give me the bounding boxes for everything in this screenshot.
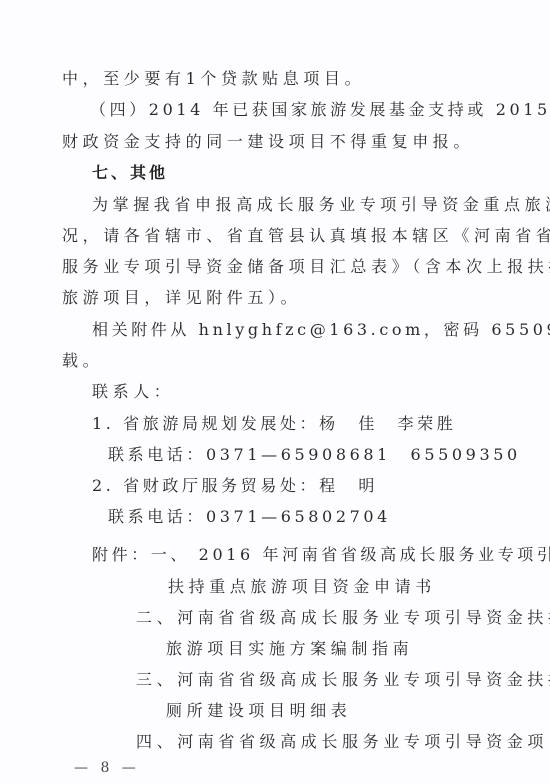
contact-1-phone: 联系电话：0371—65908681 65509350 xyxy=(108,445,521,465)
attachment-4-line-1: 四、河南省省级高成长服务业专项引导资金项目绩效 xyxy=(136,732,550,752)
paragraph-line: （四）2014 年已获国家旅游发展基金支持或 2015 年已获省 xyxy=(90,100,550,120)
attachment-1-line-2: 扶持重点旅游项目资金申请书 xyxy=(168,577,436,597)
paragraph-line: 况，请各省辖市、省直管县认真填报本辖区《河南省省级高成长 xyxy=(62,226,550,246)
paragraph-line: 载。 xyxy=(62,351,103,371)
section-heading: 七、其他 xyxy=(92,163,168,183)
page-number: — 8 — xyxy=(74,760,140,776)
paragraph-line: 财政资金支持的同一建设项目不得重复申报。 xyxy=(62,132,474,152)
paragraph-line: 相关附件从 hnlyghfzc@163.com，密码 65509426 邮箱中下 xyxy=(92,320,550,340)
contact-2-phone: 联系电话：0371—65802704 xyxy=(108,507,391,527)
paragraph-line: 为掌握我省申报高成长服务业专项引导资金重点旅游项目情 xyxy=(92,195,550,215)
document-page: 中，至少要有1个贷款贴息项目。 （四）2014 年已获国家旅游发展基金支持或 2… xyxy=(0,0,550,784)
paragraph-line: 服务业专项引导资金储备项目汇总表》（含本次上报扶持的重点 xyxy=(62,257,550,277)
attachment-2-line-2: 旅游项目实施方案编制指南 xyxy=(166,639,413,659)
attachment-3-line-2: 厕所建设项目明细表 xyxy=(166,701,351,721)
contact-2-org: 2. 省财政厅服务贸易处：程 明 xyxy=(92,476,378,496)
paragraph-line: 中，至少要有1个贷款贴息项目。 xyxy=(62,69,365,89)
contact-1-org: 1. 省旅游局规划发展处：杨 佳 李荣胜 xyxy=(92,414,456,434)
contacts-label: 联系人： xyxy=(92,382,174,402)
paragraph-line: 旅游项目，详见附件五）。 xyxy=(62,288,301,308)
attachment-3-line-1: 三、河南省省级高成长服务业专项引导资金扶持旅游 xyxy=(136,670,550,690)
attachment-2-line-1: 二、河南省省级高成长服务业专项引导资金扶持重点 xyxy=(136,608,550,628)
attachment-1-line-1: 附件：一、 2016 年河南省省级高成长服务业专项引导资金 xyxy=(92,545,550,565)
